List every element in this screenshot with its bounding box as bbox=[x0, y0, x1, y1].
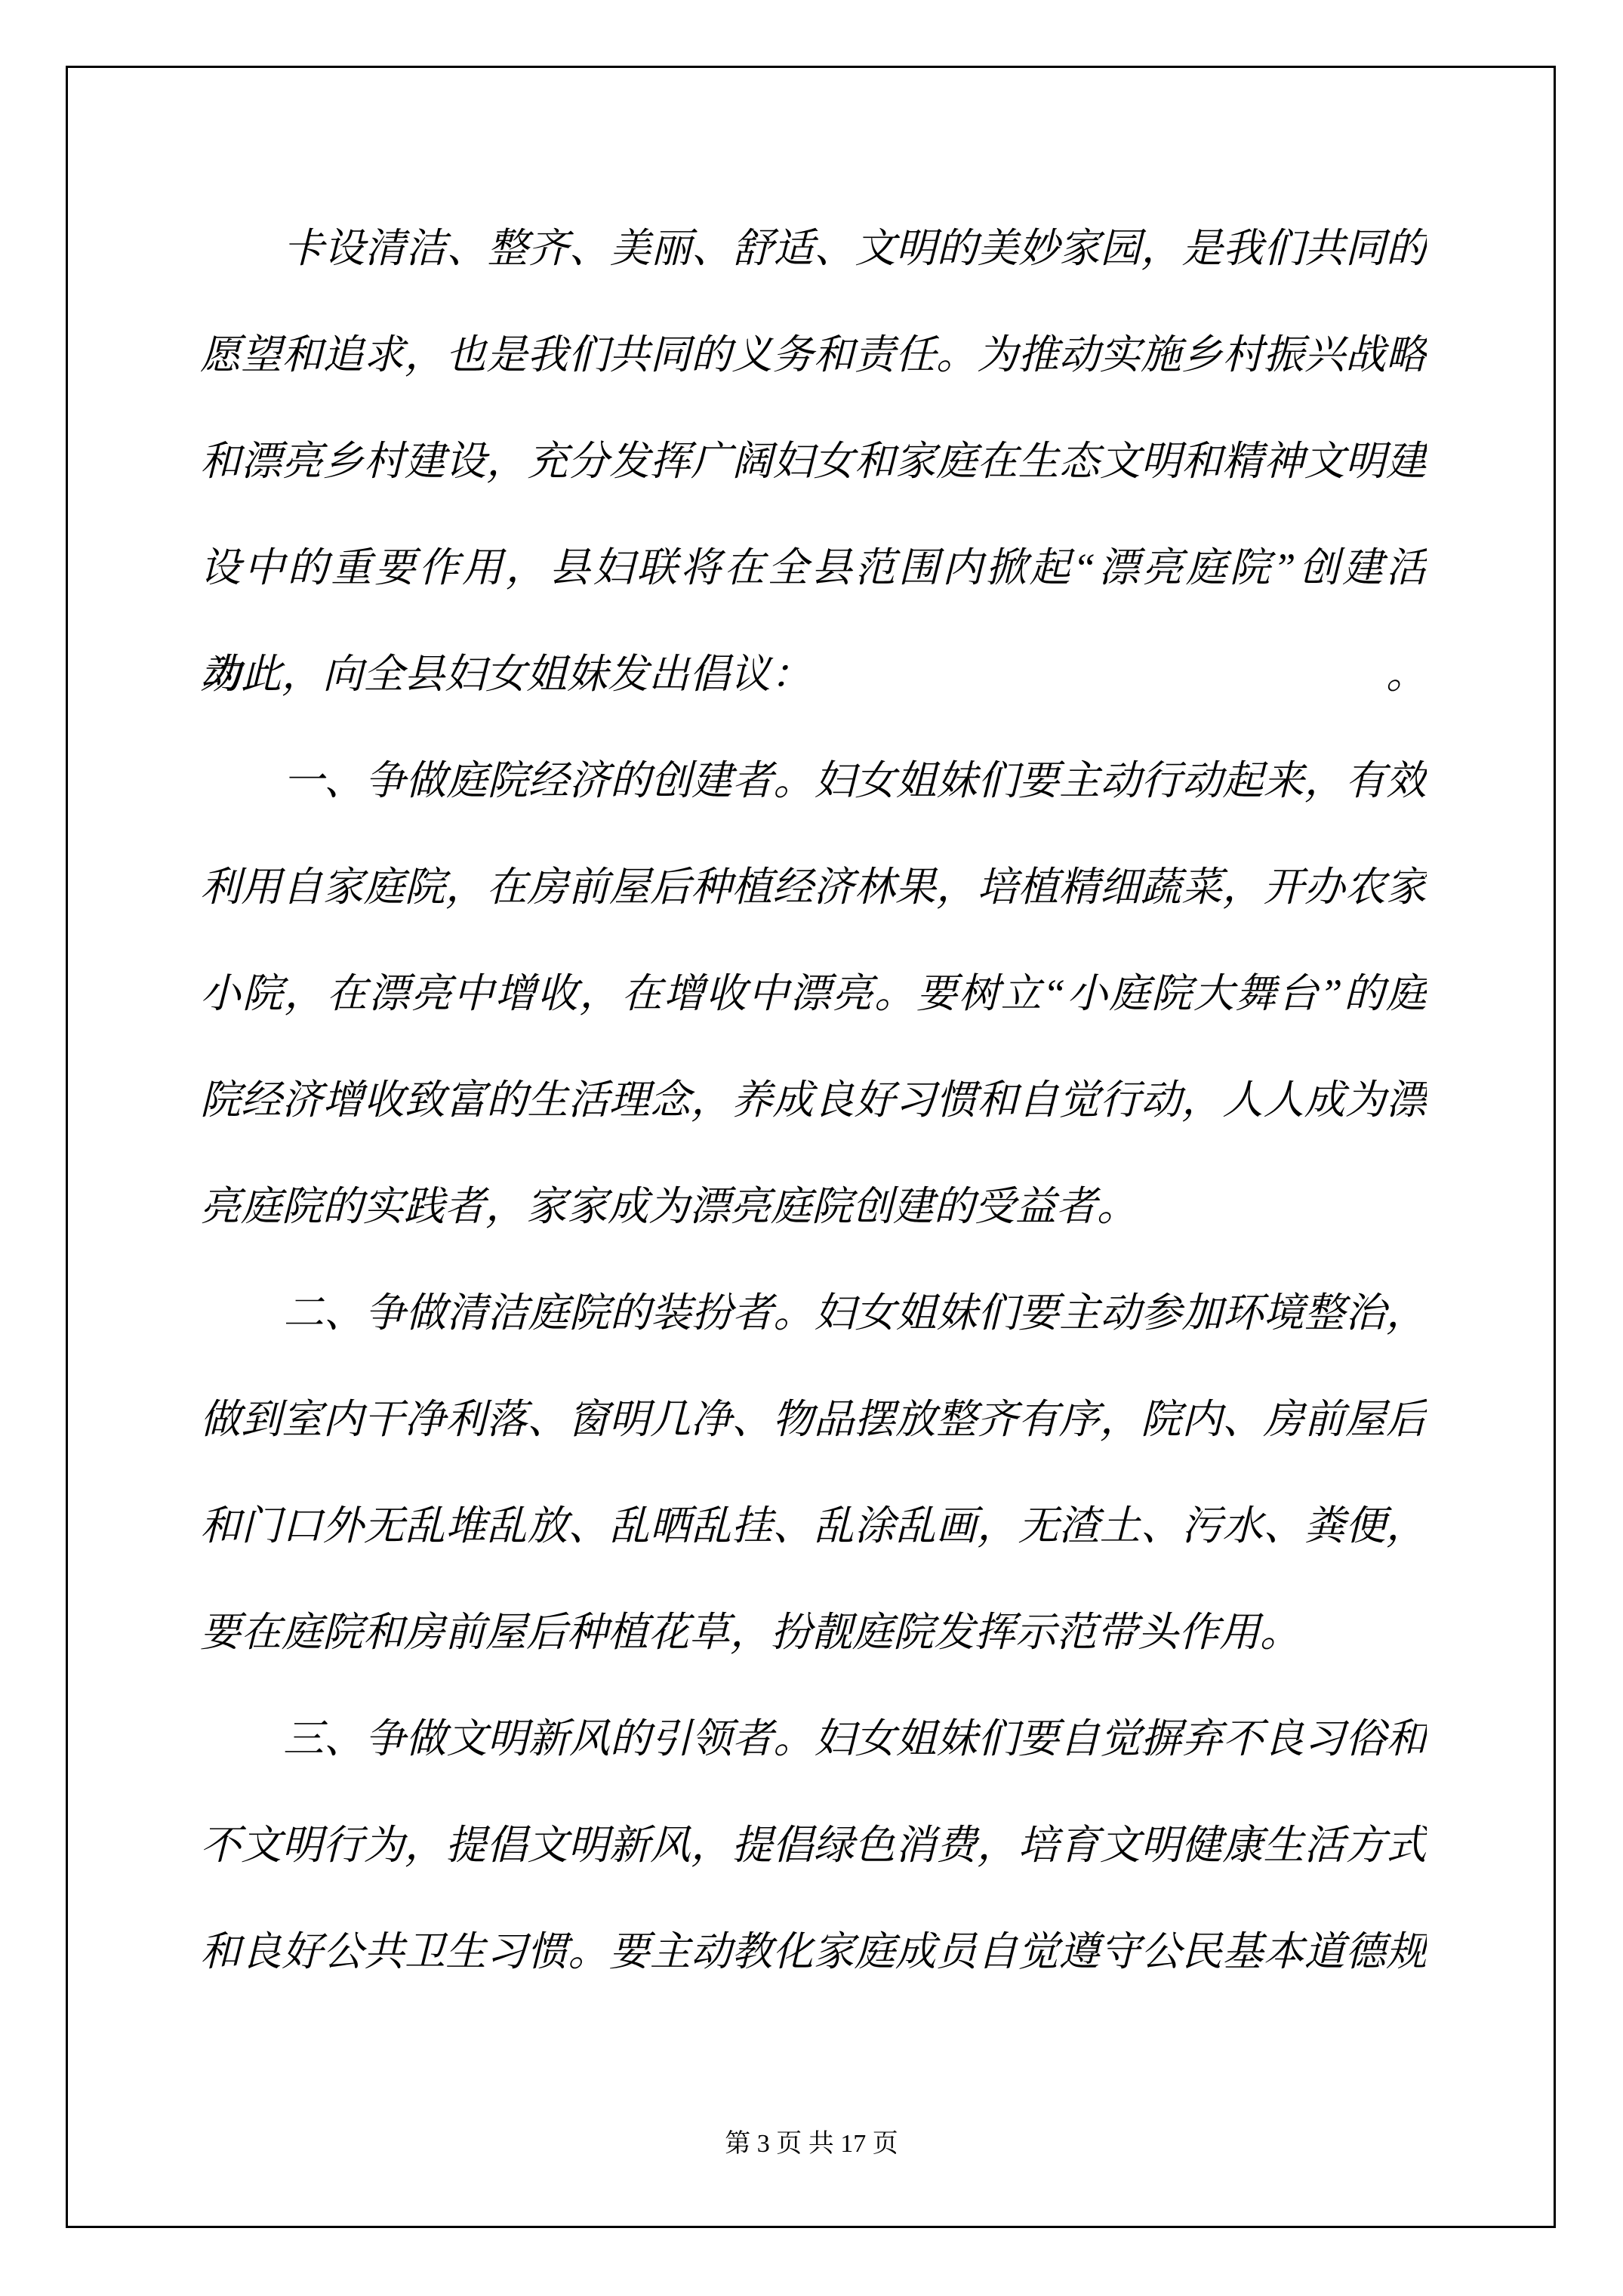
text-line: 愿望和追求，也是我们共同的义务和责任。为推动实施乡村振兴战略 bbox=[200, 302, 1427, 408]
text-line: 卡设清洁、整齐、美丽、舒适、文明的美妙家园，是我们共同的 bbox=[200, 196, 1427, 302]
document-body: 卡设清洁、整齐、美丽、舒适、文明的美妙家园，是我们共同的愿望和追求，也是我们共同… bbox=[200, 196, 1427, 2005]
page-footer: 第 3 页 共 17 页 bbox=[0, 2129, 1623, 2159]
text-line: 不文明行为，提倡文明新风，提倡绿色消费，培育文明健康生活方式 bbox=[200, 1792, 1427, 1899]
text-line: 二、争做清洁庭院的装扮者。妇女姐妹们要主动参加环境整治， bbox=[200, 1260, 1427, 1367]
text-line: 和良好公共卫生习惯。要主动教化家庭成员自觉遵守公民基本道德规 bbox=[200, 1899, 1427, 2005]
text-line: 一、争做庭院经济的创建者。妇女姐妹们要主动行动起来，有效 bbox=[200, 728, 1427, 834]
text-line: 要在庭院和房前屋后种植花草，扮靓庭院发挥示范带头作用。 bbox=[200, 1579, 1427, 1686]
text-line: 小院，在漂亮中增收，在增收中漂亮。要树立“小庭院大舞台”的庭 bbox=[200, 941, 1427, 1047]
text-line: 三、争做文明新风的引领者。妇女姐妹们要自觉摒弃不良习俗和 bbox=[200, 1686, 1427, 1792]
page-number-text: 第 3 页 共 17 页 bbox=[725, 2130, 898, 2158]
text-line: 院经济增收致富的生活理念，养成良好习惯和自觉行动，人人成为漂 bbox=[200, 1047, 1427, 1154]
text-line: 和门口外无乱堆乱放、乱晒乱挂、乱涂乱画，无渣土、污水、粪便， bbox=[200, 1473, 1427, 1579]
text-line: 做到室内干净利落、窗明几净、物品摆放整齐有序，院内、房前屋后 bbox=[200, 1367, 1427, 1473]
text-line: 设中的重要作用，县妇联将在全县范围内掀起“漂亮庭院”创建活动。 bbox=[200, 515, 1427, 621]
text-line: 亮庭院的实践者，家家成为漂亮庭院创建的受益者。 bbox=[200, 1154, 1427, 1260]
text-line: 利用自家庭院，在房前屋后种植经济林果，培植精细蔬菜，开办农家 bbox=[200, 834, 1427, 941]
document-page: 卡设清洁、整齐、美丽、舒适、文明的美妙家园，是我们共同的愿望和追求，也是我们共同… bbox=[0, 0, 1623, 2296]
text-line: 和漂亮乡村建设，充分发挥广阔妇女和家庭在生态文明和精神文明建 bbox=[200, 408, 1427, 515]
